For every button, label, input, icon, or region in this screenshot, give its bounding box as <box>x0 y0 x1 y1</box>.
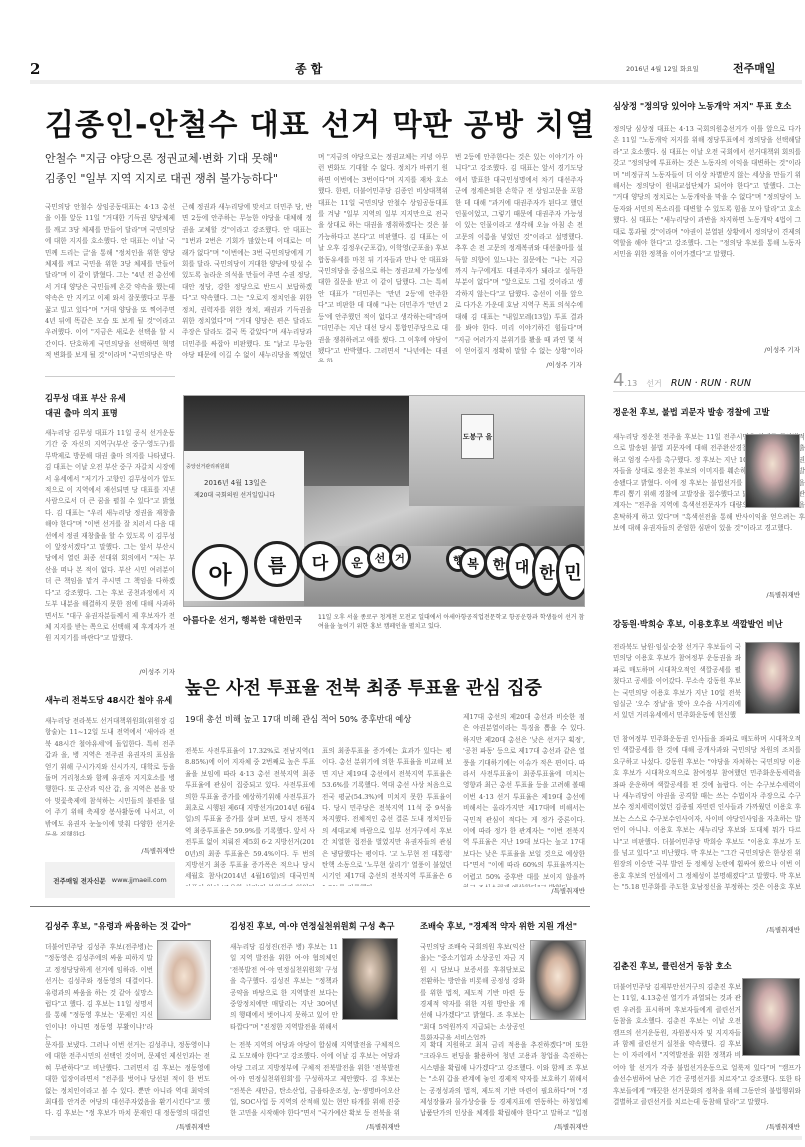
main-article-byline: /이성주 기자 <box>520 360 582 369</box>
bottom-story-3-portrait <box>530 940 586 1020</box>
main-article-col4: 번 2등에 안주한다는 것은 있는 이야기가 아니다"고 강조했다. 김 대표는… <box>455 152 583 357</box>
main-subhead-1: 안철수 "지금 야당으론 정권교체·변화 기대 못해" <box>45 150 305 166</box>
main-article-col2: 근혜 정권과 새누리당에 맞서고 더민주 당, 반면 2등에 안주하는 무능한 … <box>182 202 312 362</box>
bottom-story-1-byline: /특별취재반 <box>150 1122 210 1131</box>
sign-bubble-12: 민 <box>556 544 585 600</box>
sidebar-top-byline: /이성주 기자 <box>740 345 800 354</box>
story-saenuri-title: 새누리 전북도당 48시간 철야 유세 <box>45 694 180 706</box>
story-kimchoon-byline: /특별취재반 <box>740 1122 800 1131</box>
story-jung-portrait <box>745 434 800 508</box>
left-divider-1 <box>45 376 175 377</box>
main-article-col3: 며 "지금의 야당으로는 정권교체는 커녕 아무런 변화도 기대할 수 없다. … <box>318 152 448 362</box>
photo-buildings <box>409 396 585 506</box>
main-subhead-2: 김종인 "일부 지역 지지로 대권 쟁취 불가능하다" <box>45 170 305 186</box>
story-kimchoon-portrait <box>742 978 800 1056</box>
page-header: 2 종 합 2016년 4월 12일 화요일 전주매일 <box>30 60 802 80</box>
banner-number-small: .13 <box>624 379 637 388</box>
banner-date: 2016년 4월 13일은 <box>204 478 304 488</box>
story-kang-body-top: 전라북도 남원·임실·순창 선거구 후보들이 국민의당 이용호 후보가 참여정부… <box>613 642 741 734</box>
vote-headline: 높은 사전 투표율 전북 최종 투표율 관심 집중 <box>185 674 595 700</box>
paper-name: 전주매일 <box>733 60 776 76</box>
bottom-story-2-portrait <box>342 938 398 1020</box>
story-saenuri-byline: /특별취재반 <box>120 846 175 855</box>
sidebar-top-body: 정의당 심상정 대표는 4·13 국회의원총선거가 이틀 앞으로 다가온 11일… <box>613 124 801 344</box>
bottom-story-3-body-top: 국민의당 조배숙 국회의원 후보(익산을)는 "중소기업과 소상공인 자금 지원… <box>420 942 525 1040</box>
sign-bubble-1: 아 <box>192 544 248 600</box>
banner-run: RUN · RUN · RUN <box>671 378 751 389</box>
banner-label: 선거 <box>646 379 661 388</box>
main-photo: 중앙선거관리위원회 2016년 4월 13일은 제20대 국회의원 선거일입니다… <box>183 395 585 607</box>
banner-org: 중앙선거관리위원회 <box>186 463 304 470</box>
story-kimmusung-body: 새누리당 김무성 대표가 11일 공식 선거운동 기간 중 자신의 지역구(부산… <box>45 428 175 660</box>
ad-label: 전주매일 전자신문 <box>53 876 106 885</box>
vote-col1: 전북도 사전투표율이 17.32%로 전남지역(18.85%)에 이어 지자체 … <box>185 746 315 886</box>
bottom-story-3-title: 조배숙 후보, "경제적 약자 위한 지원 개선" <box>420 920 595 932</box>
issue-date: 2016년 4월 12일 화요일 <box>626 64 699 73</box>
bottom-story-1-title: 김성주 후보, "유령과 싸움하는 것 같아" <box>45 920 225 932</box>
banner-line: 제20대 국회의원 선거일입니다 <box>194 490 304 499</box>
story-kang-title: 강동원·박희승 후보, 이용호후보 색깔발언 비난 <box>613 618 805 630</box>
election-run-banner: 4.13 선거 RUN · RUN · RUN <box>613 370 805 392</box>
bottom-story-1-portrait <box>157 940 211 1020</box>
photo-caption-title: 아름다운 선거, 행복한 대한민국 <box>183 614 302 626</box>
section-title: 종 합 <box>295 60 322 77</box>
story-kang-byline: /특별취재반 <box>740 925 800 934</box>
story-kimmusung-title-line2: 대권 출마 의지 표명 <box>45 407 118 419</box>
vote-col2: 표의 최종투표율 증가에는 효과가 있다는 평이다. 총선 분위기에 의한 투표… <box>322 746 452 886</box>
sidebar-top-title: 심상정 "정의당 있어야 노동개악 저지" 투표 호소 <box>613 100 805 112</box>
sign-bubble-6: 거 <box>389 544 411 570</box>
main-headline: 김종인-안철수 대표 선거 막판 공방 치열 <box>45 100 565 144</box>
bottom-story-2-body-bottom: 는 전북 지역의 여당과 야당이 합심해 지역발전을 구체적으로 도모해야 한다… <box>230 1040 400 1120</box>
story-saenuri-body: 새누리당 전라북도 선거대책위원회(위원장 김항술)는 11~12일 도내 전역… <box>45 716 175 836</box>
district-sign-text: 도봉구 을 <box>463 432 493 442</box>
story-kimchoon-body-top: 더불어민주당 김제부안선거구의 김춘진 후보는 11일, 4.13총선 열기가 … <box>613 982 741 1062</box>
e-paper-ad-box[interactable]: 전주매일 전자신문 www.jjmaeil.com <box>45 862 175 898</box>
main-article-col1: 국민의당 안철수 상임공동대표는 4·13 총선을 이틀 앞둔 11일 "거대한… <box>45 202 175 362</box>
bottom-section-divider <box>30 906 590 907</box>
sign-bubble-3: 다 <box>299 541 341 581</box>
bottom-story-3-byline: /특별취재반 <box>528 1122 588 1131</box>
sign-bubble-2: 름 <box>254 541 300 587</box>
sign-bubble-8: 복 <box>459 548 487 578</box>
story-jung-title: 정운천 후보, 불법 괴문자 발송 경찰에 고발 <box>613 406 805 418</box>
banner-number: 4 <box>613 370 624 391</box>
bottom-story-2-body-top: 새누리당 김성진(전주 병) 후보는 11일 지역 발전을 위한 여·야 협의체… <box>230 942 338 1040</box>
story-kimmusung-byline: /이성주 기자 <box>120 667 175 676</box>
ad-url[interactable]: www.jjmaeil.com <box>112 876 167 884</box>
footer-bar <box>30 1136 802 1140</box>
story-jung-byline: /특별취재반 <box>740 590 800 599</box>
bottom-story-3-body-bottom: 지 확대 지원하고 최저 금리 적용을 추진하겠다"며 또한 "크라우드 펀딩을… <box>420 1040 588 1120</box>
bottom-story-2-title: 김성진 후보, 여·야 연정실천위원회 구성 촉구 <box>230 920 410 932</box>
bottom-story-1-body-bottom: 문자를 보냈다. 그러나 이번 선거는 김성주냐, 정동영이냐에 대한 전주시민… <box>45 1040 210 1120</box>
bottom-story-1-body-top: 더불어민주당 김성주 후보(전주병)는 "정동영은 김성주에의 싸움 피하지 말… <box>45 942 153 1040</box>
header-divider <box>30 80 802 84</box>
bottom-story-2-byline: /특별취재반 <box>340 1122 400 1131</box>
vote-byline: /특별취재반 <box>525 886 585 895</box>
photo-caption-body: 11일 오후 서울 종로구 청계천 모전교 일대에서 아세아항공직업전문학교 항… <box>318 613 586 631</box>
story-kang-body-bottom: 던 참여정부 민주화운동권 인사들을 좌파로 매도하며 시대착오적인 색깔공세를… <box>613 734 801 894</box>
story-kimchoon-title: 김춘진 후보, 클린선거 동참 호소 <box>613 960 805 972</box>
photo-district-sign: 도봉구 을 <box>461 414 494 459</box>
vote-subhead: 19대 총선 비해 높고 17대 비해 관심 적어 50% 중후반대 예상 <box>185 713 455 725</box>
story-kang-portrait <box>745 642 800 714</box>
story-kimmusung-title-line1: 김무성 대표 부산 유세 <box>45 392 126 404</box>
page-number: 2 <box>30 60 40 78</box>
story-kimchoon-body-bottom: 어야 할 선거가 각종 불법선거운동으로 얼룩져 있다"며 "캠프가 솔선수범하… <box>613 1063 801 1119</box>
vote-col3: 제17대 총선의 제20대 총선과 비슷한 점은 야권분열이라는 특징을 뽑을 … <box>463 712 585 887</box>
